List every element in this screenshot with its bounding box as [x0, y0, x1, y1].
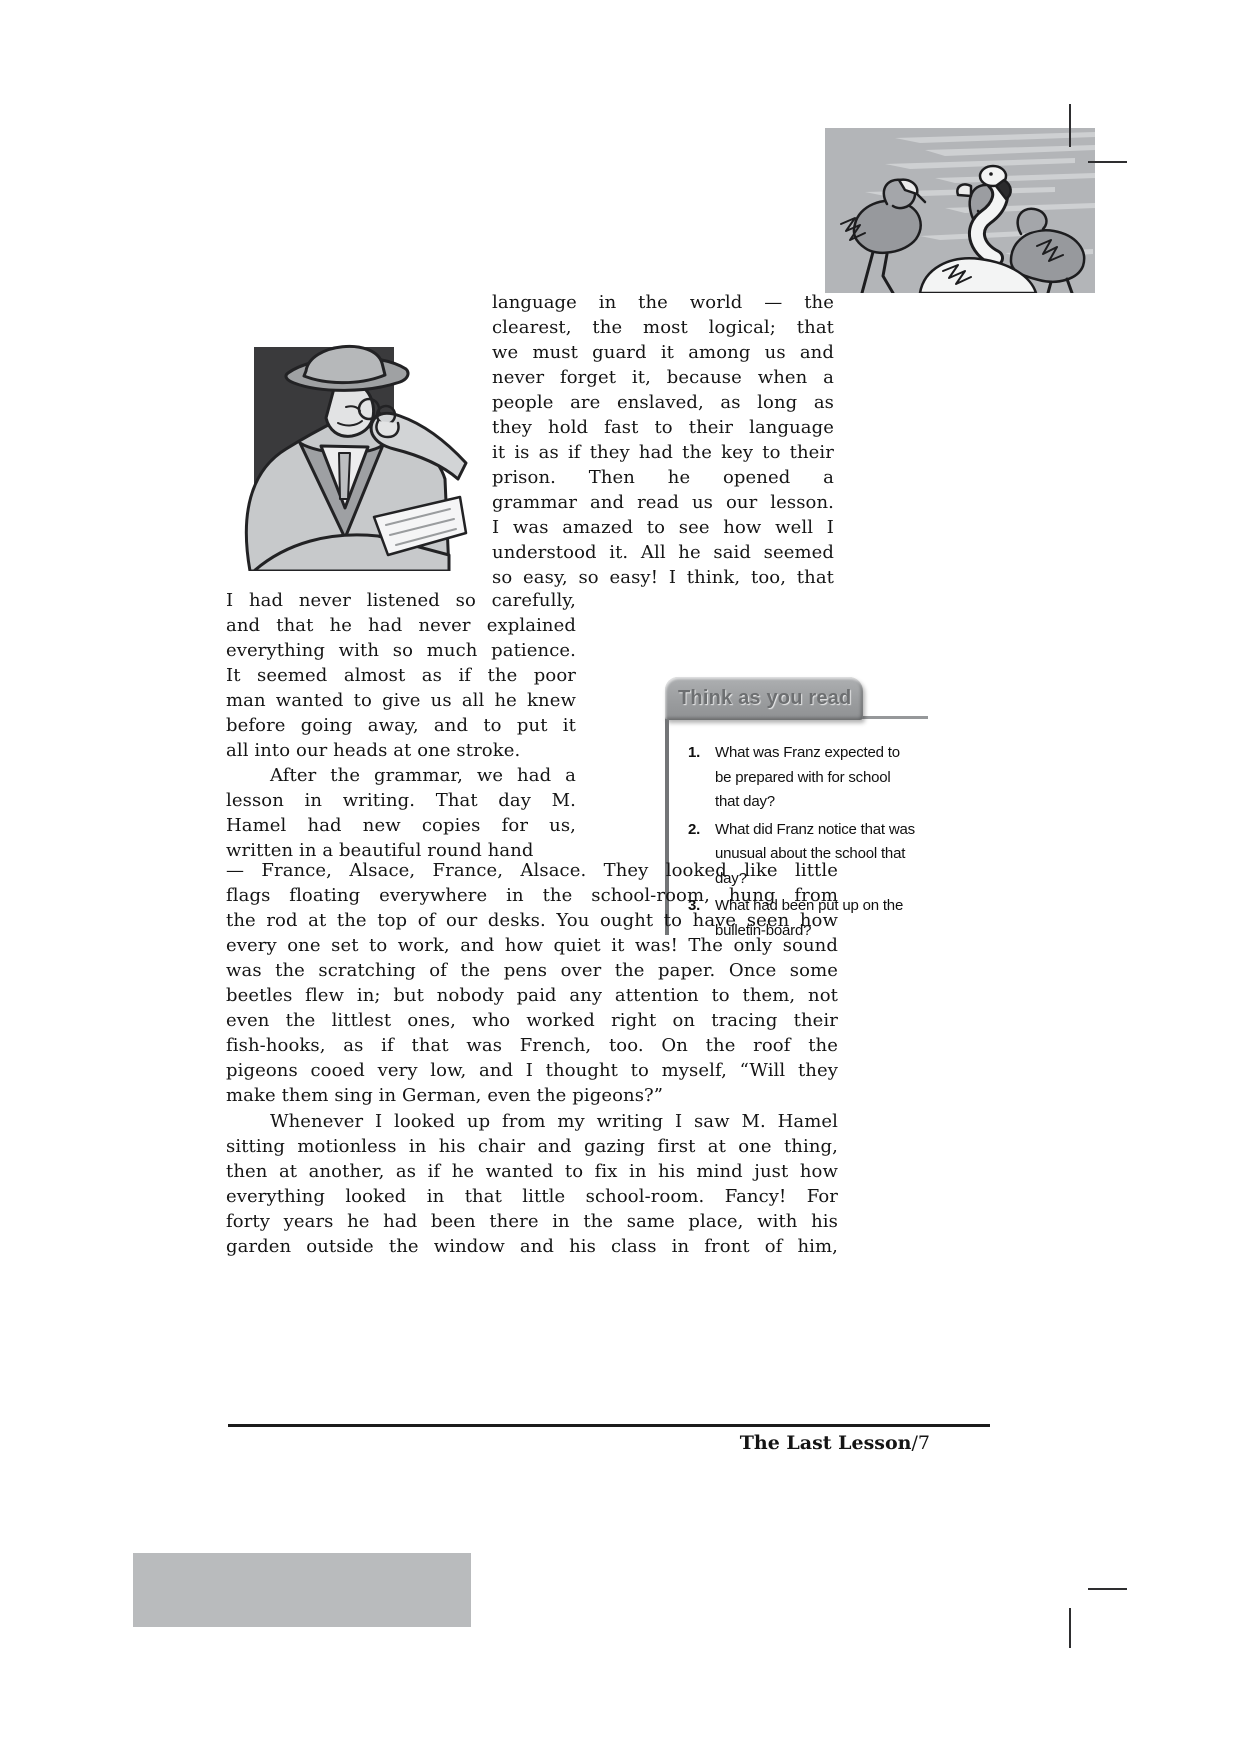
text-line: and that he had never explained: [226, 613, 576, 638]
text-line: fish-hooks, as if that was French, too. …: [226, 1033, 838, 1058]
footer: The Last Lesson/7: [228, 1430, 930, 1456]
text-line: lesson in writing. That day M.: [226, 788, 576, 813]
text-line: we must guard it among us and: [492, 340, 834, 365]
footer-rule: [228, 1424, 990, 1427]
question-item: 1. What was Franz expected to be prepare…: [688, 741, 930, 815]
crop-mark-top-vertical: [1069, 104, 1071, 147]
text-line: grammar and read us our lesson.: [492, 490, 834, 515]
question-text: What was Franz expected to be prepared w…: [715, 741, 930, 815]
text-line: It seemed almost as if the poor: [226, 663, 576, 688]
teacher-illustration: [228, 303, 468, 571]
text-line: people are enslaved, as long as: [492, 390, 834, 415]
text-line: before going away, and to put it: [226, 713, 576, 738]
text-line: was the scratching of the pens over the …: [226, 958, 838, 983]
text-line: flags floating everywhere in the school-…: [226, 883, 838, 908]
text-line: clearest, the most logical; that: [492, 315, 834, 340]
text-line: then at another, as if he wanted to fix …: [226, 1159, 838, 1184]
text-line: everything with so much patience.: [226, 638, 576, 663]
footer-page-number: /7: [912, 1432, 931, 1454]
text-line: beetles flew in; but nobody paid any att…: [226, 983, 838, 1008]
text-line: every one set to work, and how quiet it …: [226, 933, 838, 958]
book-page: language in the world — the clearest, th…: [0, 0, 1240, 1754]
text-line: it is as if they had the key to their: [492, 440, 834, 465]
text-line: I had never listened so carefully,: [226, 588, 576, 613]
text-line: everything looked in that little school-…: [226, 1184, 838, 1209]
paragraph-1: — France, Alsace, France, Alsace. They l…: [226, 858, 838, 1108]
text-line: man wanted to give us all he knew: [226, 688, 576, 713]
think-box-header: Think as you read: [665, 677, 863, 720]
text-line: Whenever I looked up from my writing I s…: [226, 1109, 838, 1134]
text-line: make them sing in German, even the pigeo…: [226, 1083, 838, 1108]
question-number: 1.: [688, 741, 715, 815]
flamingos-illustration: [825, 128, 1095, 293]
paragraph-2: Whenever I looked up from my writing I s…: [226, 1109, 838, 1259]
text-line: they hold fast to their language: [492, 415, 834, 440]
crop-mark-bottom-horizontal: [1088, 1588, 1127, 1590]
text-line: all into our heads at one stroke.: [226, 738, 576, 763]
text-line: sitting motionless in his chair and gazi…: [226, 1134, 838, 1159]
right-column: language in the world — the clearest, th…: [492, 290, 834, 590]
text-line: prison. Then he opened a: [492, 465, 834, 490]
text-line: — France, Alsace, France, Alsace. They l…: [226, 858, 838, 883]
crop-mark-bottom-vertical: [1069, 1608, 1071, 1648]
left-column: I had never listened so carefully, and t…: [226, 588, 576, 863]
text-line: never forget it, because when a: [492, 365, 834, 390]
footer-chapter-title: The Last Lesson: [740, 1432, 912, 1454]
text-line: even the littlest ones, who worked right…: [226, 1008, 838, 1033]
text-line: After the grammar, we had a: [226, 763, 576, 788]
gray-placeholder-rect: [133, 1553, 471, 1627]
think-box-title: Think as you read: [678, 687, 851, 709]
text-line: understood it. All he said seemed: [492, 540, 834, 565]
text-line: Hamel had new copies for us,: [226, 813, 576, 838]
text-line: the rod at the top of our desks. You oug…: [226, 908, 838, 933]
crop-mark-top-horizontal: [1088, 161, 1127, 163]
text-line: forty years he had been there in the sam…: [226, 1209, 838, 1234]
text-line: garden outside the window and his class …: [226, 1234, 838, 1259]
text-line: I was amazed to see how well I: [492, 515, 834, 540]
text-line: so easy, so easy! I think, too, that: [492, 565, 834, 590]
text-line: language in the world — the: [492, 290, 834, 315]
text-line: pigeons cooed very low, and I thought to…: [226, 1058, 838, 1083]
